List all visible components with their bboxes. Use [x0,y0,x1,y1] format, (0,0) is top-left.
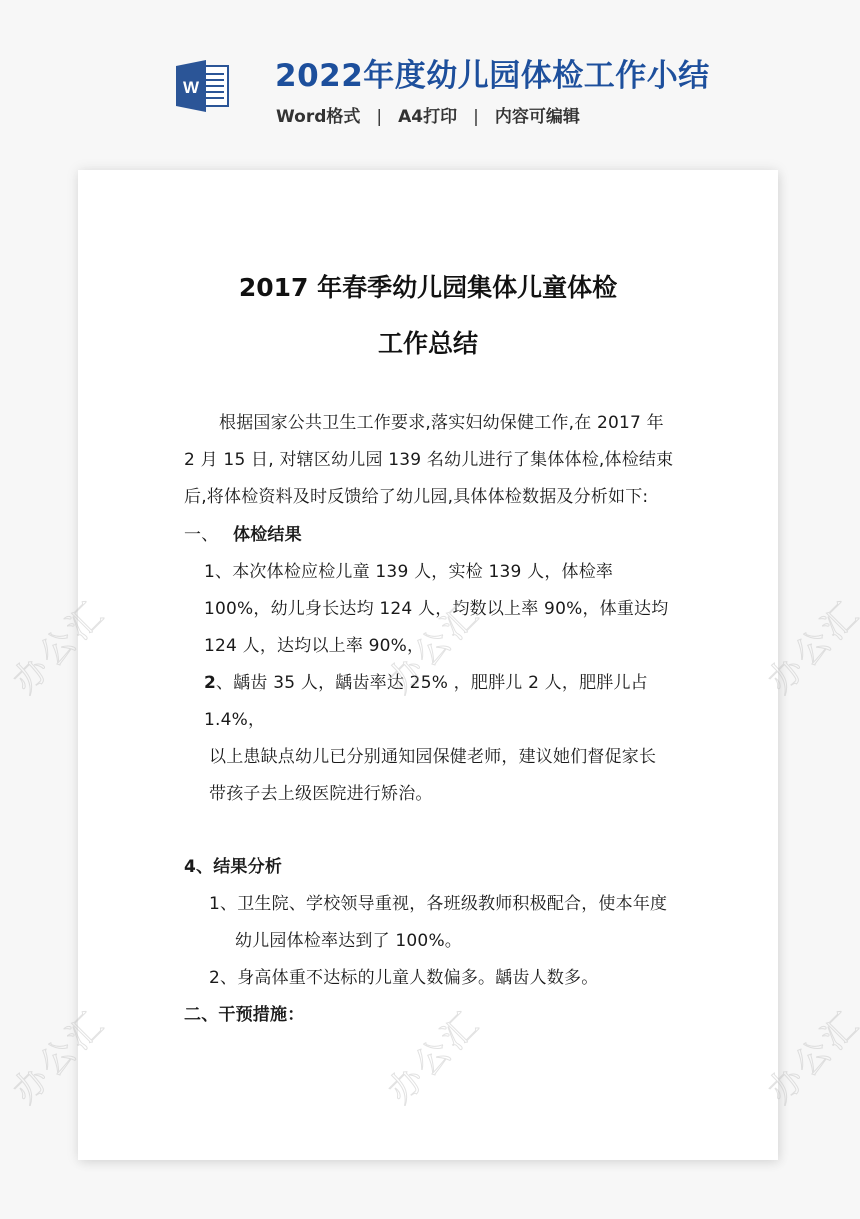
result-item-1-line-2: 100%，幼儿身长达均 124 人，均数以上率 90%，体重达均 [204,594,668,619]
analysis-item-2: 2、身高体重不达标的儿童人数偏多。龋齿人数多。 [209,963,598,988]
result-item-1-line-3: 124 人，达均以上率 90%， [204,631,424,656]
item-text: 、龋齿 35 人，龋齿率达 25% ，肥胖儿 2 人，肥胖儿占 [216,673,648,693]
intro-line-1: 根据国家公共卫生工作要求,落实妇幼保健工作,在 2017 年 [219,408,664,433]
word-document-icon: W [176,60,230,112]
badge-editable: 内容可编辑 [495,107,580,127]
separator: | [376,107,382,127]
header: W 2022年度幼儿园体检工作小结 Word格式|A4打印|内容可编辑 [0,0,860,160]
svg-text:W: W [183,78,200,97]
result-item-2-line-1: 2、龋齿 35 人，龋齿率达 25% ，肥胖儿 2 人，肥胖儿占 [204,668,648,693]
separator: | [473,107,479,127]
section-4-heading: 4、结果分析 [184,852,282,877]
section-1-heading: 体检结果 [233,520,302,545]
badge-word-format: Word格式 [276,107,360,127]
result-item-2-line-2: 1.4%， [204,705,265,730]
intro-line-3: 后,将体检资料及时反馈给了幼儿园,具体体检数据及分析如下: [184,482,648,507]
result-item-1-line-1: 1、本次体检应检儿童 139 人，实检 139 人，体检率 [204,557,613,582]
page-title: 2022年度幼儿园体检工作小结 [275,50,710,95]
document-page: 2017 年春季幼儿园集体儿童体检 工作总结 根据国家公共卫生工作要求,落实妇幼… [78,170,778,1160]
section-2-heading: 二、干预措施： [184,1000,304,1025]
document-title-line-2: 工作总结 [78,324,778,360]
badge-a4-print: A4打印 [398,107,457,127]
analysis-item-1-line-2: 幼儿园体检率达到了 100%。 [235,926,462,951]
analysis-item-1-line-1: 1、卫生院、学校领导重视，各班级教师积极配合，使本年度 [209,889,667,914]
item-number: 2 [204,673,216,693]
intro-line-2: 2 月 15 日, 对辖区幼儿园 139 名幼儿进行了集体体检,体检结束 [184,445,673,470]
section-1-number: 一、 [184,520,218,545]
note-line-2: 带孩子去上级医院进行矫治。 [209,779,433,804]
document-title-line-1: 2017 年春季幼儿园集体儿童体检 [78,268,778,304]
note-line-1: 以上患缺点幼儿已分别通知园保健老师，建议她们督促家长 [209,742,656,767]
format-badges: Word格式|A4打印|内容可编辑 [276,102,580,127]
